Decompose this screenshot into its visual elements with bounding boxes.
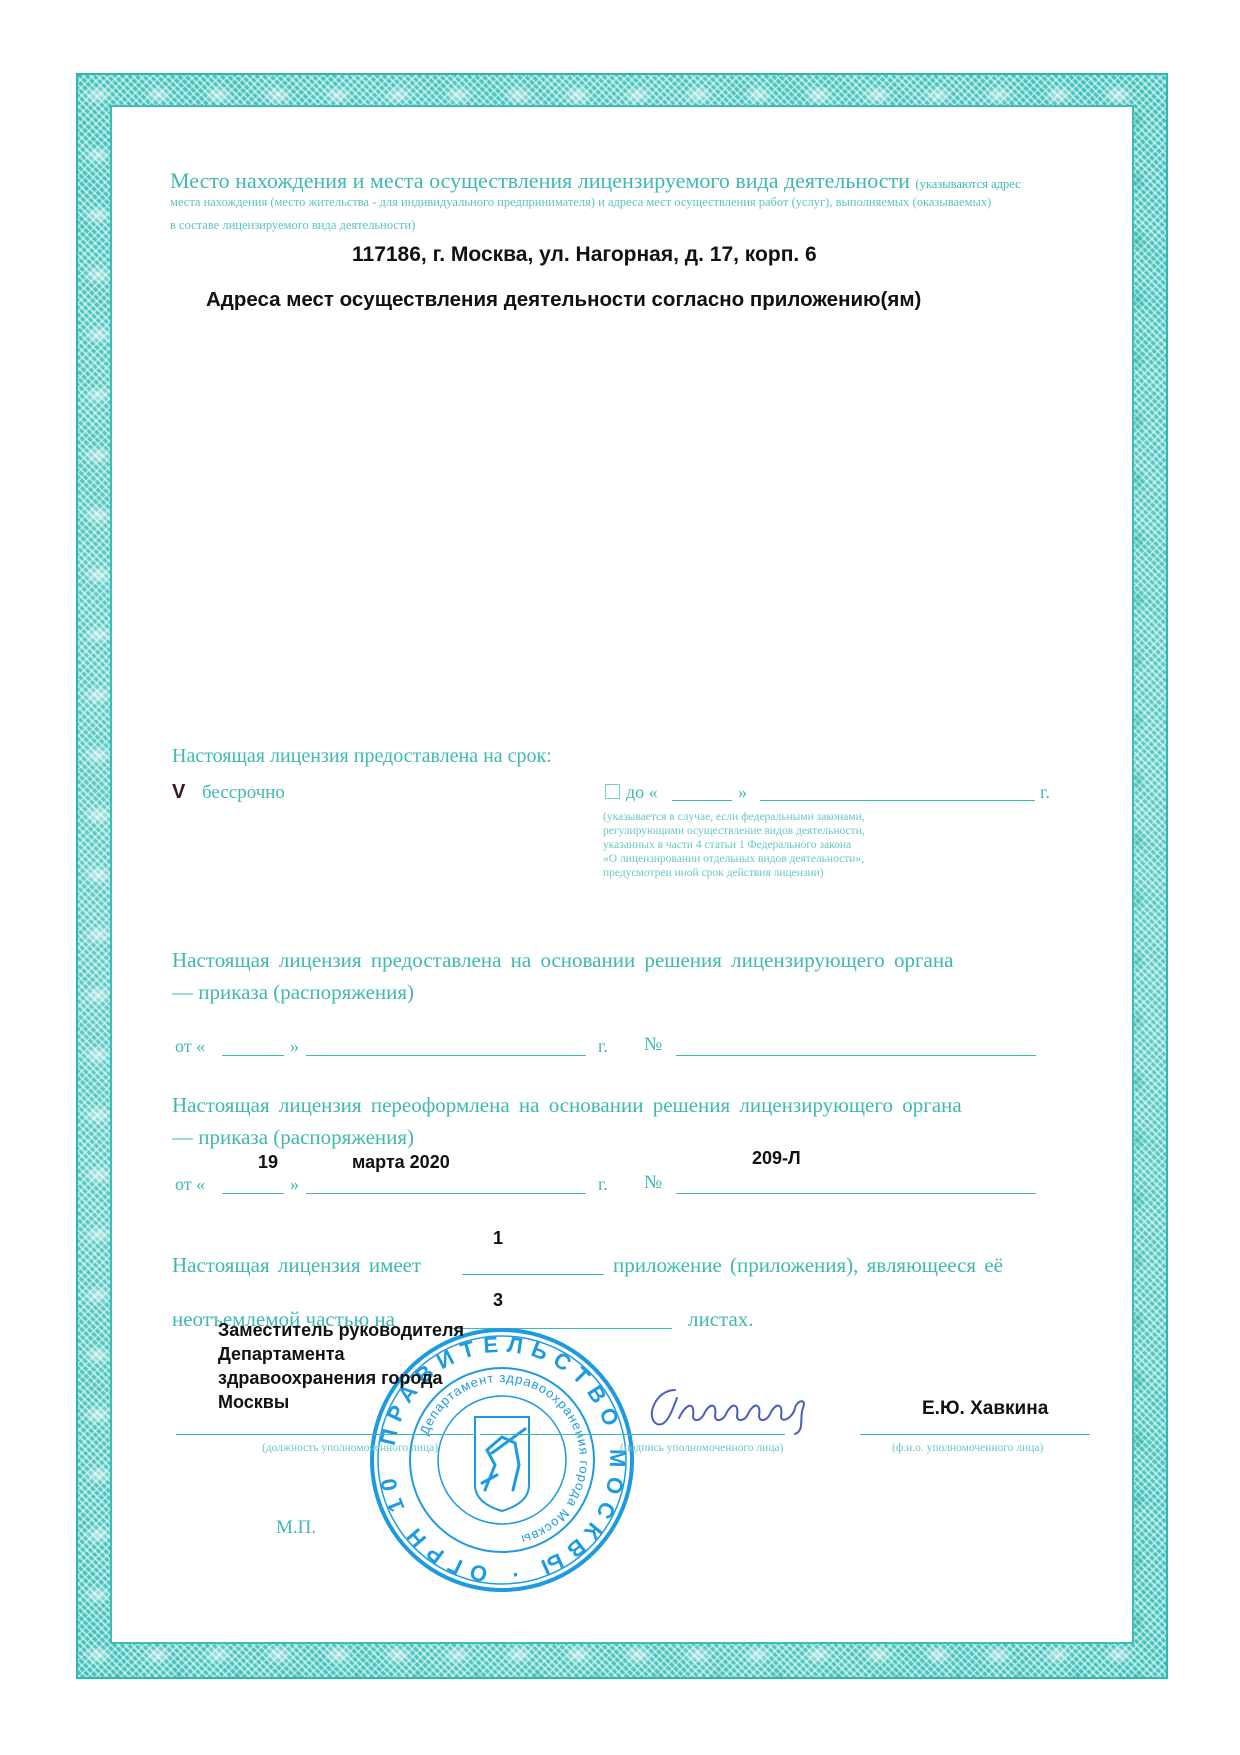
until-year-suffix: г. bbox=[1040, 782, 1050, 803]
signatory-position: Заместитель руководителя Департамента зд… bbox=[218, 1318, 464, 1414]
term-note-line: предусмотрен иной срок действия лицензии… bbox=[603, 866, 865, 880]
reissued-line1: Настоящая лицензия переоформлена на осно… bbox=[172, 1093, 962, 1118]
heading-note-line3: в составе лицензируемого вида деятельнос… bbox=[170, 218, 415, 233]
reissued-month-year-value: марта 2020 bbox=[352, 1152, 450, 1173]
signatory-position-line: здравоохранения города bbox=[218, 1366, 464, 1390]
term-note-line: регулирующими осуществление видов деятел… bbox=[603, 824, 865, 838]
granted-day-field[interactable] bbox=[222, 1055, 284, 1056]
signatory-position-line: Департамента bbox=[218, 1342, 464, 1366]
until-date-field[interactable] bbox=[760, 800, 1035, 801]
granted-quote-close: » bbox=[290, 1036, 299, 1057]
granted-line1: Настоящая лицензия предоставлена на осно… bbox=[172, 948, 953, 973]
until-prefix: до « bbox=[626, 782, 658, 803]
term-note-line: указанных в части 4 статьи 1 Федеральног… bbox=[603, 838, 865, 852]
reissued-year-suffix: г. bbox=[598, 1174, 608, 1195]
granted-from-prefix: от « bbox=[175, 1036, 205, 1057]
appendix-line1-prefix: Настоящая лицензия имеет bbox=[172, 1253, 421, 1278]
term-note: (указывается в случае, если федеральными… bbox=[603, 810, 865, 880]
seal-placeholder-label: М.П. bbox=[276, 1517, 316, 1539]
reissued-number-value: 209-Л bbox=[752, 1148, 801, 1169]
until-day-field[interactable] bbox=[672, 800, 732, 801]
appendix-line2-suffix: листах. bbox=[688, 1307, 754, 1332]
appendix-sheets-value: 3 bbox=[493, 1290, 503, 1311]
appendix-count-value: 1 bbox=[493, 1228, 503, 1249]
reissued-quote-close: » bbox=[290, 1174, 299, 1195]
signatory-name: Е.Ю. Хавкина bbox=[922, 1398, 1048, 1420]
indefinite-checkmark[interactable]: V bbox=[172, 781, 185, 804]
granted-number-prefix: № bbox=[644, 1034, 662, 1056]
signature-line bbox=[480, 1434, 785, 1435]
addresses-note: Адреса мест осуществления деятельности с… bbox=[206, 288, 921, 312]
heading-note-line2: места нахождения (место жительства - для… bbox=[170, 195, 991, 210]
appendix-line1-suffix: приложение (приложения), являющееся её bbox=[613, 1253, 1003, 1278]
granted-line2: — приказа (распоряжения) bbox=[172, 980, 414, 1005]
until-checkbox[interactable] bbox=[605, 784, 620, 799]
reissued-day-field[interactable] bbox=[222, 1193, 284, 1194]
granted-year-suffix: г. bbox=[598, 1036, 608, 1057]
reissued-number-field[interactable] bbox=[676, 1193, 1036, 1194]
indefinite-label: бессрочно bbox=[202, 782, 285, 804]
signatory-position-line: Заместитель руководителя bbox=[218, 1318, 464, 1342]
caption-position: (должность уполномоченного лица) bbox=[262, 1442, 438, 1454]
name-line bbox=[860, 1434, 1090, 1435]
until-quote-close: » bbox=[738, 782, 747, 803]
reissued-day-value: 19 bbox=[258, 1152, 278, 1173]
heading-note: (указываются адрес bbox=[915, 177, 1020, 191]
caption-signature: (подпись уполномоченного лица) bbox=[620, 1442, 783, 1454]
license-address: 117186, г. Москва, ул. Нагорная, д. 17, … bbox=[352, 243, 817, 267]
term-label: Настоящая лицензия предоставлена на срок… bbox=[172, 745, 552, 768]
term-note-line: «О лицензировании отдельных видов деятел… bbox=[603, 852, 865, 866]
section-heading: Место нахождения и места осуществления л… bbox=[170, 168, 1021, 194]
appendix-count-field[interactable] bbox=[462, 1274, 604, 1275]
term-note-line: (указывается в случае, если федеральными… bbox=[603, 810, 865, 824]
heading-main: Место нахождения и места осуществления л… bbox=[170, 168, 910, 193]
caption-name: (ф.и.о. уполномоченного лица) bbox=[892, 1442, 1043, 1454]
signatory-position-line: Москвы bbox=[218, 1390, 464, 1414]
reissued-line2: — приказа (распоряжения) bbox=[172, 1125, 414, 1150]
reissued-from-prefix: от « bbox=[175, 1174, 205, 1195]
position-line bbox=[176, 1434, 476, 1435]
reissued-number-prefix: № bbox=[644, 1172, 662, 1194]
handwritten-signature bbox=[635, 1378, 895, 1438]
reissued-date-field[interactable] bbox=[306, 1193, 586, 1194]
granted-date-field[interactable] bbox=[306, 1055, 586, 1056]
granted-number-field[interactable] bbox=[676, 1055, 1036, 1056]
